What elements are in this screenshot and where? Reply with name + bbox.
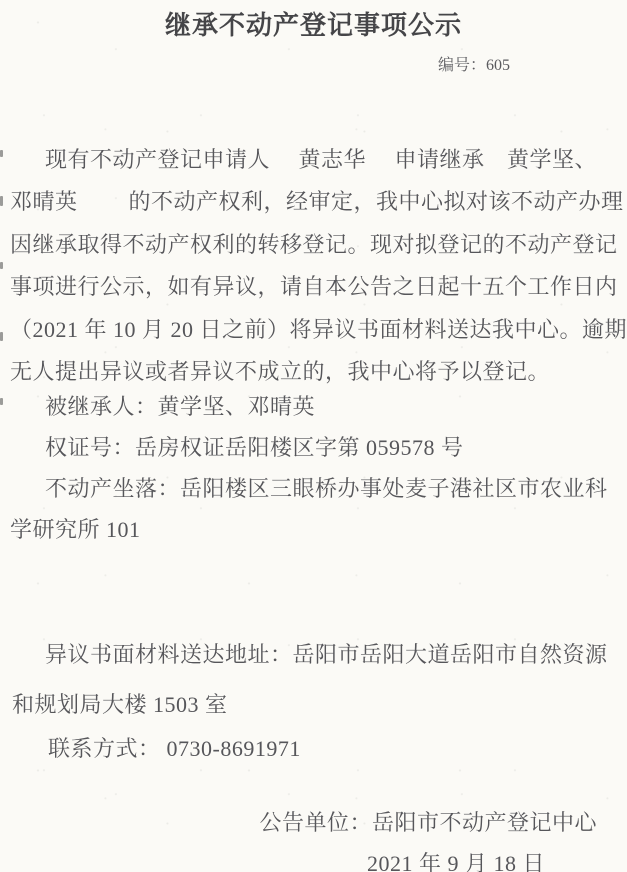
scan-artifact	[0, 196, 3, 206]
objection-address-line-1: 异议书面材料送达地址：岳阳市岳阳大道岳阳市自然资源	[45, 638, 608, 669]
scan-artifact	[0, 150, 3, 157]
contact-phone-line: 联系方式： 0730-8691971	[48, 732, 301, 763]
doc-number: 编号：605	[438, 52, 510, 75]
page-title: 继承不动产登记事项公示	[0, 5, 627, 42]
certificate-number-line: 权证号：岳房权证岳阳楼区字第 059578 号	[10, 427, 620, 468]
paragraph-line-3: 因继承取得不动产权利的转移登记。现对拟登记的不动产登记	[10, 224, 620, 266]
scan-artifact	[0, 262, 3, 269]
issuer-line: 公告单位：岳阳市不动产登记中心	[259, 806, 597, 837]
document-page: 继承不动产登记事项公示 编号：605 现有不动产登记申请人 黄志华 申请继承 黄…	[0, 0, 627, 872]
main-paragraph: 现有不动产登记申请人 黄志华 申请继承 黄学坚、 邓晴英 的不动产权利，经审定，…	[10, 139, 620, 393]
decedent-line: 被继承人：黄学坚、邓晴英	[10, 386, 620, 427]
paragraph-line-5: （2021 年 10 月 20 日之前）将异议书面材料送达我中心。逾期	[10, 309, 620, 351]
issue-date-line: 2021 年 9 月 18 日	[367, 847, 545, 872]
property-location-line-2: 学研究所 101	[10, 509, 620, 550]
paragraph-line-2: 邓晴英 的不动产权利，经审定，我中心拟对该不动产办理	[10, 181, 620, 223]
scan-artifact	[0, 332, 3, 341]
scan-artifact	[0, 398, 3, 405]
paragraph-line-4: 事项进行公示，如有异议，请自本公告之日起十五个工作日内	[10, 266, 620, 308]
property-location-line-1: 不动产坐落：岳阳楼区三眼桥办事处麦子港社区市农业科	[10, 468, 620, 509]
paragraph-line-1: 现有不动产登记申请人 黄志华 申请继承 黄学坚、	[10, 139, 620, 181]
objection-address-line-2: 和规划局大楼 1503 室	[12, 688, 228, 719]
details-section: 被继承人：黄学坚、邓晴英 权证号：岳房权证岳阳楼区字第 059578 号 不动产…	[10, 386, 620, 550]
